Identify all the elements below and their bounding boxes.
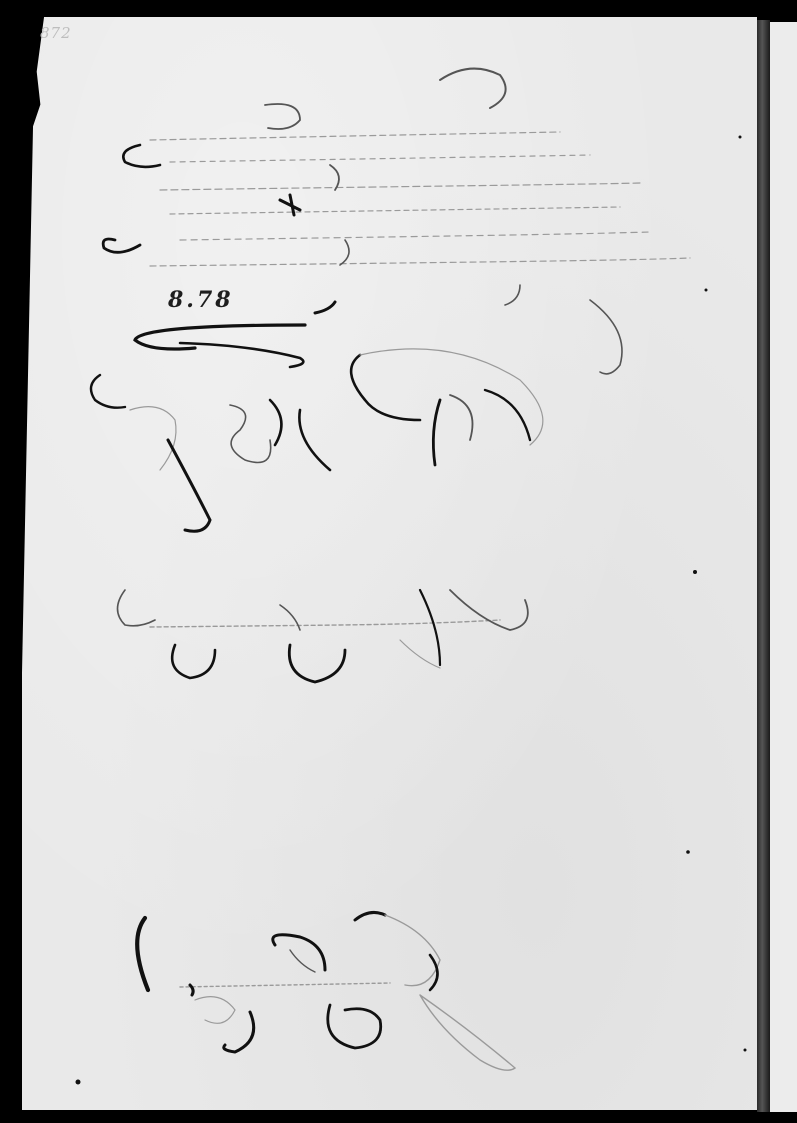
- book-spine: [757, 20, 770, 1112]
- adjacent-page-edge: [770, 22, 797, 1112]
- scanned-document: 872 8.78: [0, 0, 797, 1123]
- folio-number: 872: [40, 24, 72, 42]
- manuscript-page: [22, 17, 757, 1110]
- date-mark: 8.78: [168, 287, 234, 313]
